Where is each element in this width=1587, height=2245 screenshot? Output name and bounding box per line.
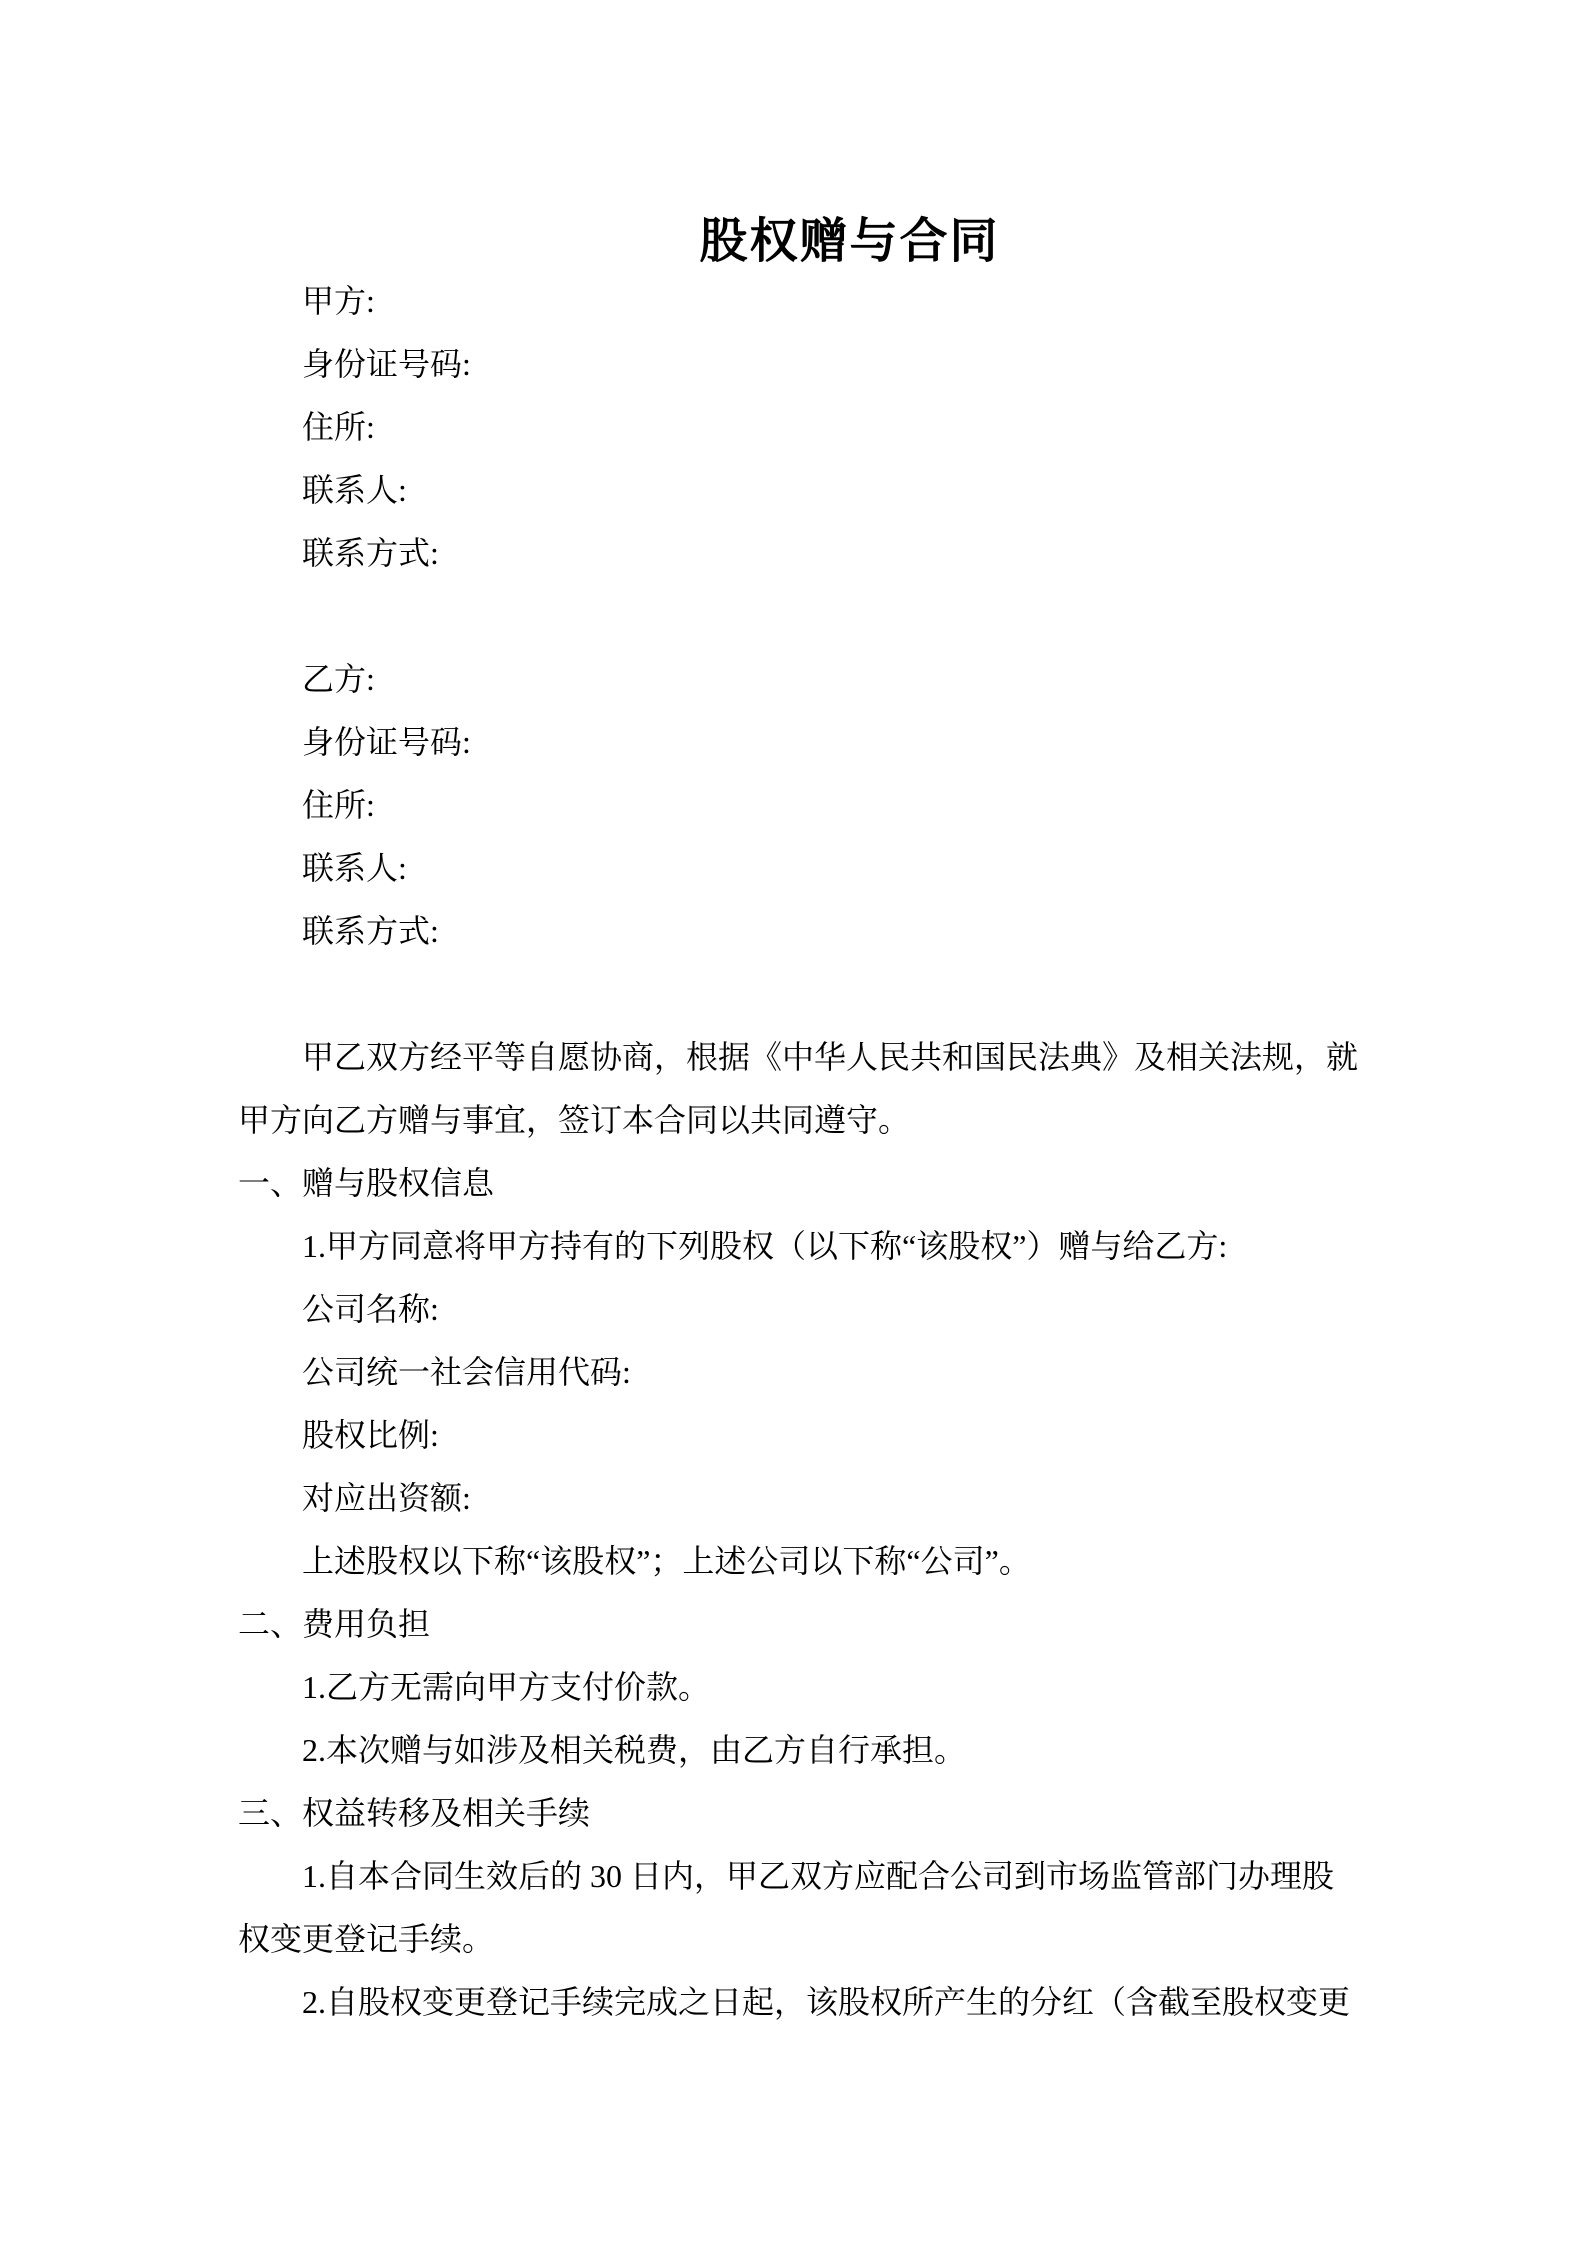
party-a-label: 联系人: xyxy=(238,459,1374,522)
document-page: 股权赠与合同 甲方: 身份证号码: 住所: 联系人: 联系方式: 乙方: 身份证… xyxy=(0,0,1587,2245)
section-item: 对应出资额: xyxy=(238,1467,1374,1530)
document-body: 甲方: 身份证号码: 住所: 联系人: 联系方式: 乙方: 身份证号码: 住所:… xyxy=(238,270,1374,2034)
preamble-line: 甲方向乙方赠与事宜，签订本合同以共同遵守。 xyxy=(238,1089,1374,1152)
section-item: 2.自股权变更登记手续完成之日起，该股权所产生的分红（含截至股权变更 xyxy=(238,1971,1374,2034)
party-a-label: 甲方: xyxy=(238,270,1374,333)
blank-line xyxy=(238,585,1374,648)
section-heading: 三、权益转移及相关手续 xyxy=(238,1782,1374,1845)
party-b-label: 乙方: xyxy=(238,648,1374,711)
party-b-label: 联系方式: xyxy=(238,900,1374,963)
preamble-line: 甲乙双方经平等自愿协商，根据《中华人民共和国民法典》及相关法规，就 xyxy=(238,1026,1374,1089)
party-a-label: 身份证号码: xyxy=(238,333,1374,396)
section-heading: 一、赠与股权信息 xyxy=(238,1152,1374,1215)
party-b-label: 身份证号码: xyxy=(238,711,1374,774)
blank-line xyxy=(238,963,1374,1026)
party-b-label: 住所: xyxy=(238,774,1374,837)
section-item: 1.自本合同生效后的 30 日内，甲乙双方应配合公司到市场监管部门办理股 xyxy=(238,1845,1374,1908)
section-item: 权变更登记手续。 xyxy=(238,1908,1374,1971)
section-heading: 二、费用负担 xyxy=(238,1593,1374,1656)
party-a-label: 住所: xyxy=(238,396,1374,459)
section-item: 2.本次赠与如涉及相关税费，由乙方自行承担。 xyxy=(238,1719,1374,1782)
section-item: 上述股权以下称“该股权”；上述公司以下称“公司”。 xyxy=(238,1530,1374,1593)
section-item: 1.乙方无需向甲方支付价款。 xyxy=(238,1656,1374,1719)
party-b-label: 联系人: xyxy=(238,837,1374,900)
section-item: 1.甲方同意将甲方持有的下列股权（以下称“该股权”）赠与给乙方: xyxy=(238,1215,1374,1278)
party-a-label: 联系方式: xyxy=(238,522,1374,585)
section-item: 股权比例: xyxy=(238,1404,1374,1467)
section-item: 公司统一社会信用代码: xyxy=(238,1341,1374,1404)
section-item: 公司名称: xyxy=(238,1278,1374,1341)
